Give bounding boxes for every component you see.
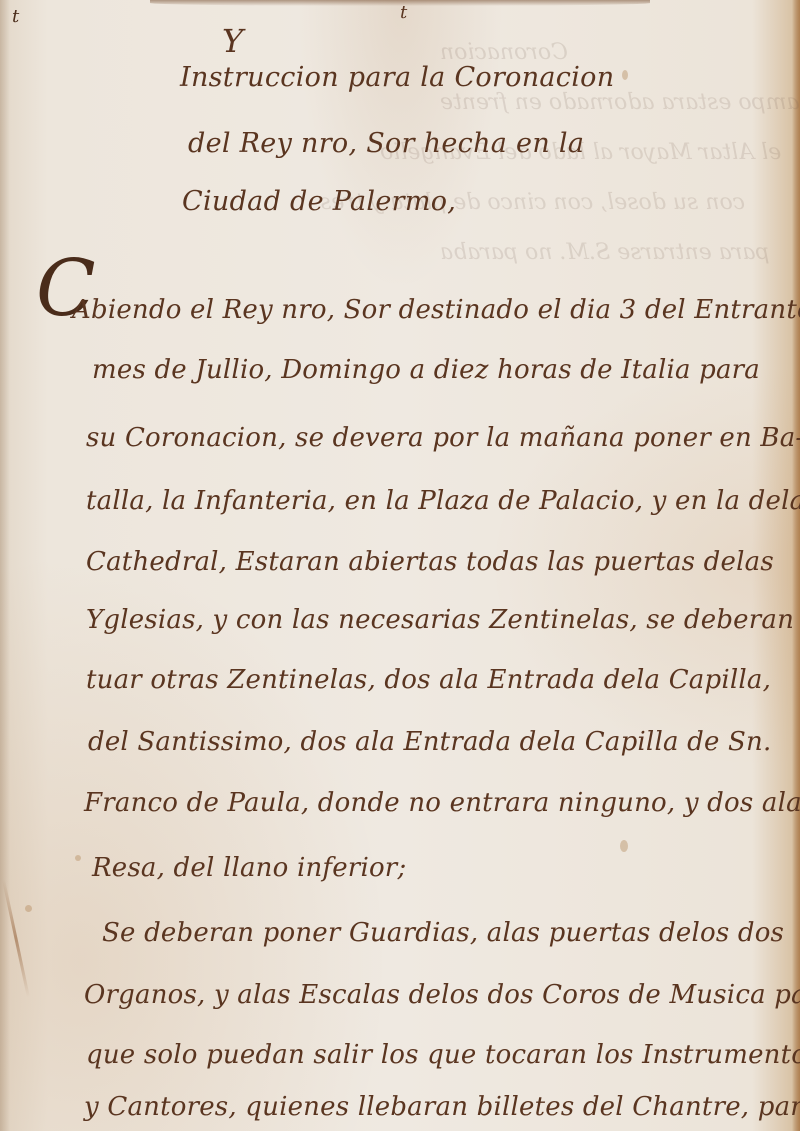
foxing-spot [622,70,628,80]
heading-ornament: Y [222,22,243,60]
body-line-7: tuar otras Zentinelas, dos ala Entrada d… [86,665,771,695]
body-line-4: talla, la Infanteria, en la Plaza de Pal… [86,486,800,516]
body-line-2: mes de Jullio, Domingo a diez horas de I… [92,355,760,385]
foxing-spot [25,905,32,912]
right-edge-stain [792,0,800,1131]
heading-line-2: del Rey nro, Sor hecha en la [188,128,584,159]
folio-mark: t [400,2,407,23]
body-line-3: su Coronacion, se devera por la mañana p… [86,423,800,453]
foxing-spot [620,840,628,852]
foxing-spot [75,855,81,861]
body-line-13: que solo puedan salir los que tocaran lo… [86,1040,800,1070]
body-line-11: Se deberan poner Guardias, alas puertas … [102,918,784,948]
body-line-14: y Cantores, quienes llebaran billetes de… [84,1092,800,1122]
body-line-6: Yglesias, y con las necesarias Zentinela… [86,605,800,635]
body-line-5: Cathedral, Estaran abiertas todas las pu… [86,547,774,577]
corner-mark: t [12,6,19,27]
manuscript-page: Coronacion Campo estara adornado en fren… [0,0,800,1131]
body-line-8: del Santissimo, dos ala Entrada dela Cap… [88,727,771,757]
heading-line-3: Ciudad de Palermo, [182,186,456,217]
body-line-1: Abiendo el Rey nro, Sor destinado el dia… [72,295,800,325]
bleed-through-text: para entrarse S.M. no paraba [440,240,770,265]
heading-line-1: Instruccion para la Coronacion [180,62,614,93]
body-line-10: Resa, del llano inferior; [92,853,406,883]
body-line-12: Organos, y alas Escalas delos dos Coros … [84,980,800,1010]
bleed-through-text: Campo estara adornado en frente [440,90,800,115]
binding-shadow [0,0,10,1131]
body-line-9: Franco de Paula, donde no entrara ningun… [84,788,800,818]
